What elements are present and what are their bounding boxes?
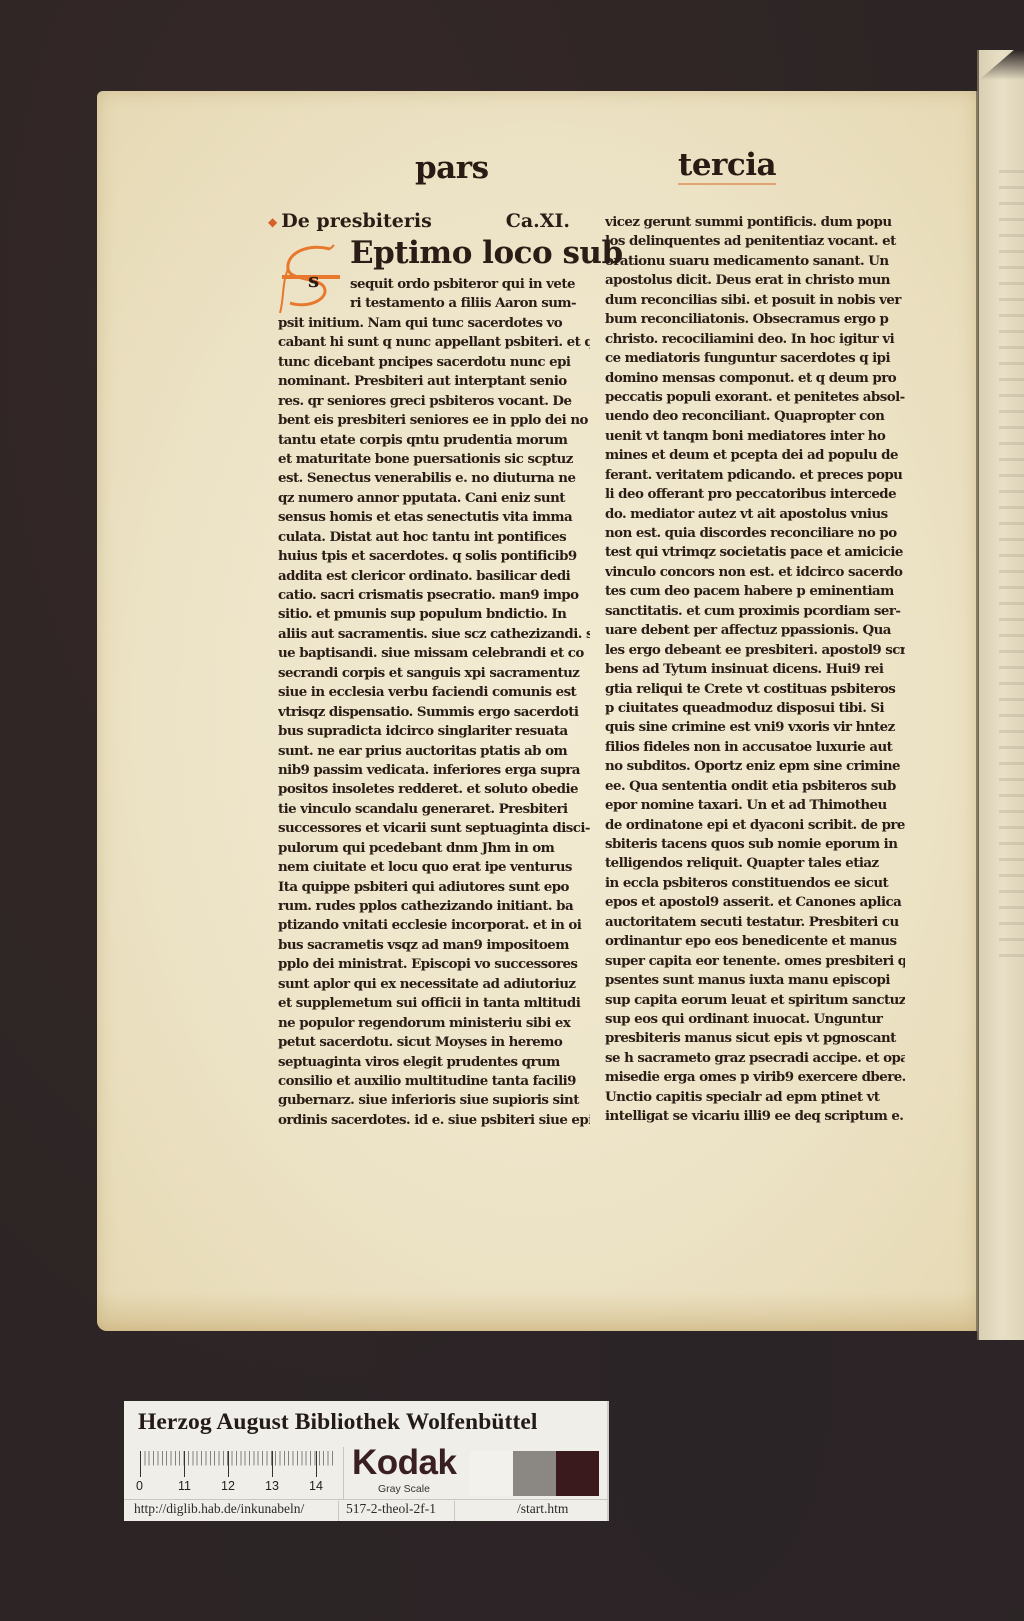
text-line: qz numero annor pputata. Cani eniz sunt: [278, 489, 590, 508]
gray-swatch-mid: [513, 1451, 556, 1496]
text-line: ne populor regendorum ministeriu sibi ex: [278, 1014, 590, 1033]
text-line: sequit ordo psbiteror qui in vete: [278, 275, 590, 294]
text-line: gubernarz. siue inferioris siue supioris…: [278, 1091, 590, 1110]
text-line: ee. Qua sententia ondit etia psbiteros s…: [605, 777, 905, 796]
text-line: consilio et auxilio multitudine tanta fa…: [278, 1072, 590, 1091]
gray-swatch-white: [470, 1451, 513, 1496]
text-line: et maturitate bone puersationis sic scpt…: [278, 450, 590, 469]
text-line: quis sine crimine est vni9 vxoris vir hn…: [605, 718, 905, 737]
kodak-logo: Kodak: [352, 1443, 456, 1483]
text-line: nominant. Presbiteri aut interptant seni…: [278, 372, 590, 391]
text-line: huius tpis et sacerdotes. q solis pontif…: [278, 547, 590, 566]
text-line: addita est clericor ordinato. basilicar …: [278, 567, 590, 586]
text-line: christo. recociliamini deo. In hoc igitu…: [605, 330, 905, 349]
chapter-number: Ca.XI.: [506, 210, 570, 232]
facing-page-edge: [977, 50, 1024, 1340]
text-line: catio. sacri crismatis psecratio. man9 i…: [278, 586, 590, 605]
text-line: petut sacerdotu. sicut Moyses in heremo: [278, 1033, 590, 1052]
text-line: nem ciuitate et locu quo erat ipe ventur…: [278, 858, 590, 877]
text-line: non est. quia discordes reconciliare no …: [605, 524, 905, 543]
text-line: ri testamento a filiis Aaron sum-: [278, 294, 590, 313]
ruler-label: 11: [178, 1479, 191, 1493]
text-line: super capita eor tenente. omes presbiter…: [605, 952, 905, 971]
text-line: misedie erga omes p virib9 exercere dber…: [605, 1068, 905, 1087]
text-line: li deo offerant pro peccatoribus interce…: [605, 485, 905, 504]
running-head-left: pars: [415, 150, 489, 186]
shelfmark: 517-2-theol-2f-1: [346, 1501, 436, 1517]
text-line: filios fideles non in accusatoe luxurie …: [605, 738, 905, 757]
text-line: de ordinatone epi et dyaconi scribit. de…: [605, 816, 905, 835]
text-line: mines et deum et pcepta dei ad populu de: [605, 446, 905, 465]
text-line: uare debent per affectuz ppassionis. Qua: [605, 621, 905, 640]
text-line: ferant. veritatem pdicando. et preces po…: [605, 466, 905, 485]
text-line: sitio. et pmunis sup populum bndictio. I…: [278, 605, 590, 624]
text-line: uenit vt tanqm boni mediatores inter ho: [605, 427, 905, 446]
text-line: les ergo debeant ee presbiteri. apostol9…: [605, 641, 905, 660]
ruler-label: 0: [136, 1479, 143, 1493]
ruler-major-tick: [272, 1451, 273, 1477]
text-line: aliis aut sacramentis. siue scz catheziz…: [278, 625, 590, 644]
text-line: orationu suaru medicamento sanant. Un: [605, 252, 905, 271]
text-line: ptizando vnitati ecclesie incorporat. et…: [278, 916, 590, 935]
text-line: et supplemetum sui officii in tanta mlti…: [278, 994, 590, 1013]
text-line: presbiteris manus sicut epis vt pgnoscan…: [605, 1029, 905, 1048]
text-line: nib9 passim vedicata. inferiores erga su…: [278, 761, 590, 780]
text-line: tantu etate corpis qntu prudentia morum: [278, 431, 590, 450]
text-line: cabant hi sunt q nunc appellant psbiteri…: [278, 333, 590, 352]
ruler-minor-ticks: [140, 1451, 336, 1475]
text-line: do. mediator autez vt ait apostolus vniu…: [605, 505, 905, 524]
text-line: sensus homis et etas senectutis vita imm…: [278, 508, 590, 527]
text-line: gtia reliqui te Crete vt costituas psbit…: [605, 680, 905, 699]
ruler-scale: 0 11 12 13 14: [134, 1449, 340, 1497]
chapter-heading: ◆De presbiteris Ca.XI.: [268, 210, 588, 232]
text-line: res. qr seniores greci psbiteros vocant.…: [278, 392, 590, 411]
text-line: bent eis presbiteri seniores ee in pplo …: [278, 411, 590, 430]
text-line: domino mensas componut. et q deum pro: [605, 369, 905, 388]
text-line: pplo dei ministrat. Episcopi vo successo…: [278, 955, 590, 974]
running-head-right: tercia: [678, 150, 776, 185]
text-line: dum reconcilias sibi. et posuit in nobis…: [605, 291, 905, 310]
text-line: ordinis sacerdotes. id e. siue psbiteri …: [278, 1111, 590, 1130]
text-line: tes cum deo pacem habere p eminentiam: [605, 582, 905, 601]
text-line: sbiteris tacens quos sub nomie eporum in: [605, 835, 905, 854]
text-line: bus supradicta idcirco singlariter resua…: [278, 722, 590, 741]
rubric-paragraph-mark-icon: ◆: [268, 215, 277, 229]
text-line: est. Senectus venerabilis e. no diuturna…: [278, 469, 590, 488]
text-line: secrandi corpis et sanguis xpi sacrament…: [278, 664, 590, 683]
card-divider: [454, 1501, 455, 1521]
ruler-major-tick: [140, 1451, 141, 1477]
text-line: septuaginta viros elegit prudentes qrum: [278, 1053, 590, 1072]
text-line: bus sacrametis vsqz ad man9 impositoem: [278, 936, 590, 955]
text-line: ordinantur epo eos benedicente et manus: [605, 932, 905, 951]
text-line: psentes sunt manus iuxta manu episcopi: [605, 971, 905, 990]
ruler-major-tick: [184, 1451, 185, 1477]
gray-scale-label: Gray Scale: [378, 1483, 430, 1495]
text-line: apostolus dicit. Deus erat in christo mu…: [605, 271, 905, 290]
ruler-label: 14: [309, 1479, 323, 1493]
facing-page-show-through-text: [999, 170, 1024, 970]
library-target-card: Herzog August Bibliothek Wolfenbüttel 0 …: [124, 1401, 609, 1521]
text-line: epos et apostol9 asserit. et Canones apl…: [605, 893, 905, 912]
text-line: los delinquentes ad penitentiaz vocant. …: [605, 232, 905, 251]
text-line: se h sacrameto graz psecradi accipe. et …: [605, 1049, 905, 1068]
text-line: bens ad Tytum insinuat dicens. Hui9 rei: [605, 660, 905, 679]
text-line: sanctitatis. et cum proximis pcordiam se…: [605, 602, 905, 621]
text-line: vinculo concors non est. et idcirco sace…: [605, 563, 905, 582]
text-line: p ciuitates queadmoduz disposui tibi. Si: [605, 699, 905, 718]
text-line: telligendos reliquit. Quapter tales etia…: [605, 854, 905, 873]
text-line: no subditos. Oportz eniz epm sine crimin…: [605, 757, 905, 776]
text-line: tie vinculo scandalu generaret. Presbite…: [278, 800, 590, 819]
text-line: sup capita eorum leuat et spiritum sanct…: [605, 991, 905, 1010]
text-line: epor nomine taxari. Un et ad Thimotheu: [605, 796, 905, 815]
text-line: bum reconciliatonis. Obsecramus ergo p: [605, 310, 905, 329]
ruler-label: 12: [221, 1479, 235, 1493]
text-line: intelligat se vicariu illi9 ee deq scrip…: [605, 1107, 905, 1126]
text-line: sunt. ne ear prius auctoritas ptatis ab …: [278, 742, 590, 761]
chapter-title-wrap: ◆De presbiteris: [268, 210, 432, 232]
text-column-right: vicez gerunt summi pontificis. dum popul…: [605, 213, 905, 1127]
url-suffix: /start.htm: [517, 1501, 568, 1517]
library-name: Herzog August Bibliothek Wolfenbüttel: [138, 1409, 538, 1436]
chapter-title: De presbiteris: [281, 210, 432, 232]
text-line: ce mediatoris funguntur sacerdotes q ipi: [605, 349, 905, 368]
gray-swatch-black: [556, 1451, 599, 1496]
text-line: peccatis populi exorant. et penitetes ab…: [605, 388, 905, 407]
text-line: vicez gerunt summi pontificis. dum popu: [605, 213, 905, 232]
ruler-label: 13: [265, 1479, 279, 1493]
text-line: ue baptisandi. siue missam celebrandi et…: [278, 644, 590, 663]
text-line: in eccla psbiteros constituendos ee sicu…: [605, 874, 905, 893]
text-line: vtrisqz dispensatio. Summis ergo sacerdo…: [278, 703, 590, 722]
text-line: sup eos qui ordinant inuocat. Unguntur: [605, 1010, 905, 1029]
text-line: Unctio capitis specialr ad epm ptinet vt: [605, 1088, 905, 1107]
gutter-line: [976, 91, 978, 1331]
text-line: positos insoletes redderet. et soluto ob…: [278, 780, 590, 799]
text-line: pulorum qui pcedebant dnm Jhm in om: [278, 839, 590, 858]
card-divider: [343, 1447, 344, 1499]
text-line: sunt aplor qui ex necessitate ad adiutor…: [278, 975, 590, 994]
text-column-left: sequit ordo psbiteror qui in veteri test…: [278, 275, 590, 1130]
text-line: auctoritatem secuti testatur. Presbiteri…: [605, 913, 905, 932]
text-line: tunc dicebant pncipes sacerdotu nunc epi: [278, 353, 590, 372]
text-line: successores et vicarii sunt septuaginta …: [278, 819, 590, 838]
card-divider-horizontal: [124, 1499, 609, 1500]
chapter-incipit: Eptimo loco sub: [350, 235, 623, 271]
ruler-major-tick: [228, 1451, 229, 1477]
text-line: Ita quippe psbiteri qui adiutores sunt e…: [278, 878, 590, 897]
text-line: uendo deo reconciliant. Quapropter con: [605, 407, 905, 426]
card-divider: [338, 1501, 339, 1521]
text-line: psit initium. Nam qui tunc sacerdotes vo: [278, 314, 590, 333]
text-line: rum. rudes pplos cathezizando initiant. …: [278, 897, 590, 916]
text-line: culata. Distat aut hoc tantu int pontifi…: [278, 528, 590, 547]
text-line: test qui vtrimqz societatis pace et amic…: [605, 543, 905, 562]
text-line: siue in ecclesia verbu faciendi comunis …: [278, 683, 590, 702]
ruler-major-tick: [316, 1451, 317, 1477]
url-prefix: http://diglib.hab.de/inkunabeln/: [134, 1501, 304, 1517]
